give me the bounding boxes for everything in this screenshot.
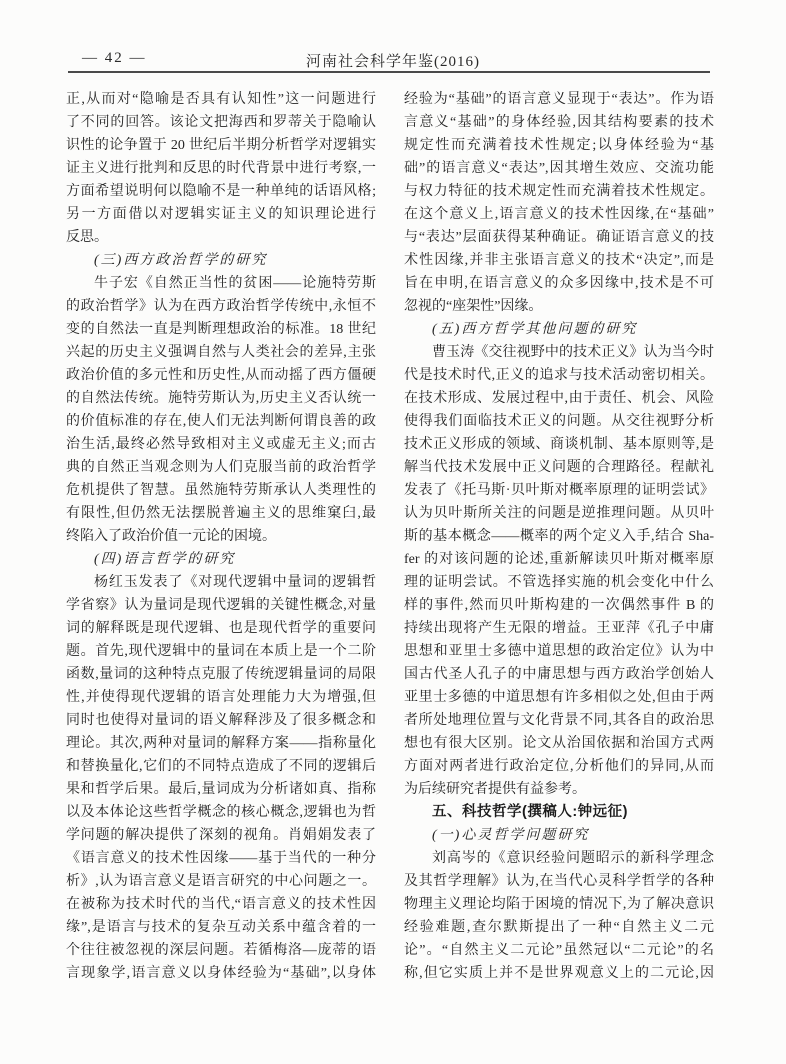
text-line: 变的自然法一直是判断理想政治的标准。18 世纪 xyxy=(66,318,376,341)
text-line: 终陷入了政治价值一元论的困境。 xyxy=(66,525,376,548)
text-line: 函数,量词的这种特点克服了传统逻辑量词的局限 xyxy=(66,663,376,686)
text-line: 持续出现将产生无限的增益。王亚萍《孔子中庸 xyxy=(404,617,714,640)
text-line: 言现象学,语言意义以身体经验为“基础”,以身体 xyxy=(66,962,376,985)
text-line: 在技术形成、发展过程中,由于责任、机会、风险等 xyxy=(404,387,714,410)
header-rule xyxy=(68,71,710,73)
text-line: 方面希望说明何以隐喻不是一种单纯的话语风格; xyxy=(66,180,376,203)
text-line: 使得我们面临技术正义的问题。从交往视野分析 xyxy=(404,410,714,433)
subsection-heading: (一)心灵哲学问题研究 xyxy=(404,824,714,847)
text-line: 兴起的历史主义强调自然与人类社会的差异,主张 xyxy=(66,341,376,364)
subsection-heading: (五)西方哲学其他问题的研究 xyxy=(404,318,714,341)
text-line: 及其哲学理解》认为,在当代心灵科学哲学的各种 xyxy=(404,870,714,893)
text-line: 个往往被忽视的深层问题。若循梅洛—庞蒂的语 xyxy=(66,939,376,962)
text-line: 和替换量化,它们的不同特点造成了不同的逻辑后 xyxy=(66,755,376,778)
text-line: 者所处地理位置与文化背景不同,其各自的政治思 xyxy=(404,709,714,732)
text-line: 识性的论争置于 20 世纪后半期分析哲学对逻辑实 xyxy=(66,134,376,157)
text-line: 刘高岑的《意识经验问题昭示的新科学理念 xyxy=(404,847,714,870)
subsection-heading: (四)语言哲学的研究 xyxy=(66,548,376,571)
text-line: 物理主义理论均陷于困境的情况下,为了解决意识 xyxy=(404,893,714,916)
text-line: 技术正义形成的领域、商谈机制、基本原则等,是破 xyxy=(404,433,714,456)
text-line: 学省察》认为量词是现代逻辑的关键性概念,对量 xyxy=(66,594,376,617)
text-line: 了不同的回答。该论文把海西和罗蒂关于隐喻认 xyxy=(66,111,376,134)
text-line: 解当代技术发展中正义问题的合理路径。程献礼 xyxy=(404,456,714,479)
text-line: 斯的基本概念——概率的两个定义入手,结合 Sha- xyxy=(404,525,714,548)
text-line: 言意义“基础”的身体经验,因其结构要素的技术 xyxy=(404,111,714,134)
text-line: 在这个意义上,语言意义的技术性因缘,在“基础” xyxy=(404,203,714,226)
text-line: 亚里士多德的中道思想有许多相似之处,但由于两 xyxy=(404,686,714,709)
text-line: 想也有很大区别。论文从治国依据和治国方式两 xyxy=(404,732,714,755)
text-line: 以及本体论这些哲学概念的核心概念,逻辑也为哲 xyxy=(66,801,376,824)
running-head: — 42 — 河南社会科学年鉴(2016) xyxy=(0,50,786,70)
text-line: 国古代圣人孔子的中庸思想与西方政治学创始人 xyxy=(404,663,714,686)
text-line: 础”的语言意义“表达”,因其增生效应、交流功能 xyxy=(404,157,714,180)
text-line: 题。首先,现代逻辑中的量词在本质上是一个二阶 xyxy=(66,640,376,663)
text-line: 经验为“基础”的语言意义显现于“表达”。作为语 xyxy=(404,88,714,111)
text-line: 规定性而充满着技术性规定;以身体经验为“基 xyxy=(404,134,714,157)
column-right: 经验为“基础”的语言意义显现于“表达”。作为语言意义“基础”的身体经验,因其结构… xyxy=(404,88,714,985)
text-line: 发表了《托马斯·贝叶斯对概率原理的证明尝试》 xyxy=(404,479,714,502)
text-line: 与权力特征的技术规定性而充满着技术性规定。 xyxy=(404,180,714,203)
text-line: 方面对两者进行政治定位,分析他们的异同,从而 xyxy=(404,755,714,778)
text-line: 与“表达”层面获得某种确证。确证语言意义的技 xyxy=(404,226,714,249)
text-line: 缘”,是语言与技术的复杂互动关系中蕴含着的一 xyxy=(66,916,376,939)
text-line: 反思。 xyxy=(66,226,376,249)
text-line: 杨红玉发表了《对现代逻辑中量词的逻辑哲 xyxy=(66,571,376,594)
journal-title: 河南社会科学年鉴(2016) xyxy=(0,50,786,71)
text-line: 在被称为技术时代的当代,“语言意义的技术性因 xyxy=(66,893,376,916)
text-line: 析》,认为语言意义是语言研究的中心问题之一。 xyxy=(66,870,376,893)
text-line: 样的事件,然而贝叶斯构建的一次偶然事件 B 的 xyxy=(404,594,714,617)
text-line: 正,从而对“隐喻是否具有认知性”这一问题进行 xyxy=(66,88,376,111)
section-heading: 五、科技哲学(撰稿人:钟远征) xyxy=(404,801,714,824)
text-line: 论”。“自然主义二元论”虽然冠以“二元论”的名 xyxy=(404,939,714,962)
text-line: 术性因缘,并非主张语言意义的技术“决定”,而是 xyxy=(404,249,714,272)
text-line: 理论。其次,两种对量词的解释方案——指称量化 xyxy=(66,732,376,755)
text-line: 称,但它实质上并不是世界观意义上的二元论,因 xyxy=(404,962,714,985)
text-line: 代是技术时代,正义的追求与技术活动密切相关。 xyxy=(404,364,714,387)
text-line: 《语言意义的技术性因缘——基于当代的一种分 xyxy=(66,847,376,870)
column-left: 正,从而对“隐喻是否具有认知性”这一问题进行了不同的回答。该论文把海西和罗蒂关于… xyxy=(66,88,376,985)
text-line: 学问题的解决提供了深刻的视角。肖娟娟发表了 xyxy=(66,824,376,847)
document-page: — 42 — 河南社会科学年鉴(2016) 正,从而对“隐喻是否具有认知性”这一… xyxy=(0,0,786,1064)
text-line: 词的解释既是现代逻辑、也是现代哲学的重要问 xyxy=(66,617,376,640)
text-line: 旨在申明,在语言意义的众多因缘中,技术是不可 xyxy=(404,272,714,295)
subsection-heading: (三)西方政治哲学的研究 xyxy=(66,249,376,272)
text-line: 理的证明尝试。不管选择实施的机会变化中什么 xyxy=(404,571,714,594)
text-line: 有限性,但仍然无法摆脱普遍主义的思维窠臼,最 xyxy=(66,502,376,525)
text-line: 的自然法传统。施特劳斯认为,历史主义否认统一 xyxy=(66,387,376,410)
text-line: 证主义进行批判和反思的时代背景中进行考察,一 xyxy=(66,157,376,180)
text-line: 的政治哲学》认为在西方政治哲学传统中,永恒不 xyxy=(66,295,376,318)
text-line: 思想和亚里士多德中道思想的政治定位》认为中 xyxy=(404,640,714,663)
text-line: fer 的对该问题的论述,重新解读贝叶斯对概率原 xyxy=(404,548,714,571)
text-line: 的价值标准的存在,使人们无法判断何谓良善的政 xyxy=(66,410,376,433)
text-line: 治生活,最终必然导致相对主义或虚无主义;而古 xyxy=(66,433,376,456)
text-line: 另一方面借以对逻辑实证主义的知识理论进行 xyxy=(66,203,376,226)
text-line: 政治价值的多元性和历史性,从而动摇了西方僵硬 xyxy=(66,364,376,387)
text-line: 经验难题,查尔默斯提出了一种“自然主义二元 xyxy=(404,916,714,939)
text-line: 认为贝叶斯所关注的问题是逆推理问题。从贝叶 xyxy=(404,502,714,525)
text-line: 果和哲学后果。最后,量词成为分析诸如真、指称 xyxy=(66,778,376,801)
text-line: 同时也使得对量词的语义解释涉及了很多概念和 xyxy=(66,709,376,732)
text-line: 典的自然正当观念则为人们克服当前的政治哲学 xyxy=(66,456,376,479)
text-line: 牛子宏《自然正当性的贫困——论施特劳斯 xyxy=(66,272,376,295)
text-line: 为后续研究者提供有益参考。 xyxy=(404,778,714,801)
text-line: 忽视的“座架性”因缘。 xyxy=(404,295,714,318)
text-line: 性,并使得现代逻辑的语言处理能力大为增强,但 xyxy=(66,686,376,709)
text-line: 危机提供了智慧。虽然施特劳斯承认人类理性的 xyxy=(66,479,376,502)
text-line: 曹玉涛《交往视野中的技术正义》认为当今时 xyxy=(404,341,714,364)
